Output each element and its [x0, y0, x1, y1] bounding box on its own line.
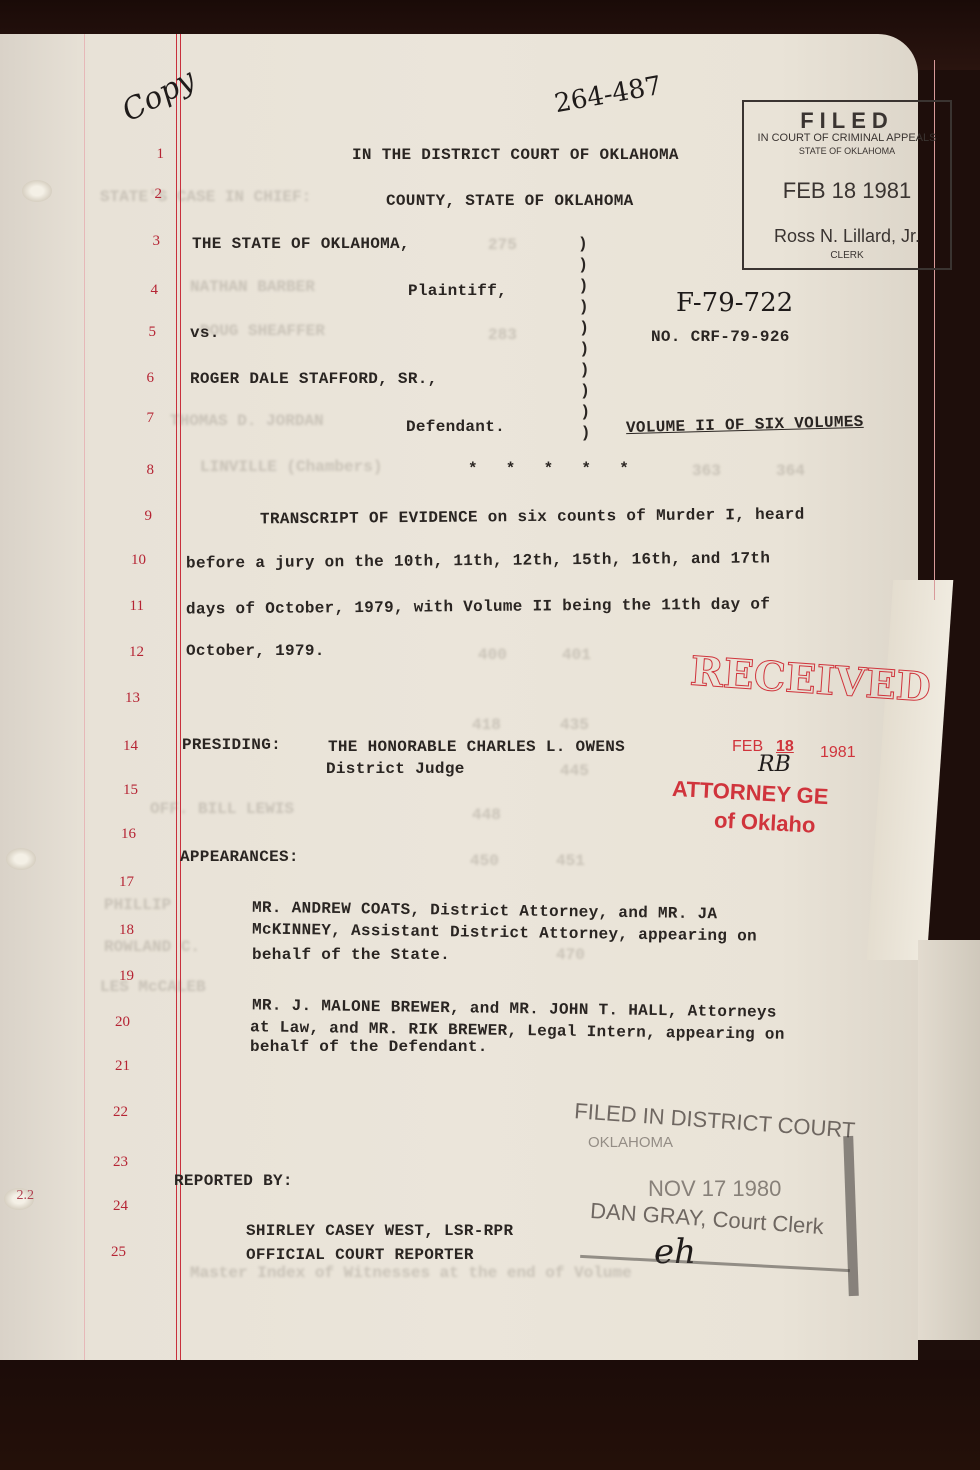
line-number: 21	[90, 1058, 130, 1075]
bleed-through-text: PHILLIP	[104, 896, 171, 914]
received-stamp-year: 1981	[820, 744, 856, 762]
stamp-date: FEB 18 1981	[744, 178, 950, 204]
court-heading-line-1: IN THE DISTRICT COURT OF OKLAHOMA	[352, 146, 679, 164]
judge-title: District Judge	[326, 760, 465, 778]
line-number: 18	[94, 922, 134, 939]
reporter-title: OFFICIAL COURT REPORTER	[246, 1246, 474, 1264]
case-number: NO. CRF-79-926	[651, 328, 790, 346]
appeals-filed-stamp: FILED IN COURT OF CRIMINAL APPEALS STATE…	[742, 100, 952, 270]
transcript-line: October, 1979.	[186, 642, 325, 660]
line-number: 2	[122, 186, 162, 203]
received-initials: RB	[758, 752, 791, 777]
line-number: 17	[94, 874, 134, 891]
caption-bracket: )	[581, 424, 591, 442]
punch-hole	[22, 180, 52, 202]
plaintiff-label: Plaintiff,	[408, 282, 507, 300]
caption-bracket: )	[579, 298, 589, 316]
line-number: 5	[116, 324, 156, 341]
bleed-through-number: 435	[560, 716, 589, 734]
caption-bracket: )	[580, 361, 590, 379]
court-heading-line-2: COUNTY, STATE OF OKLAHOMA	[386, 192, 634, 210]
bleed-through-number: 364	[776, 462, 805, 480]
bleed-through-number: 401	[562, 646, 591, 664]
caption-bracket: )	[580, 403, 590, 421]
stamp-title: FILED	[744, 108, 950, 134]
bleed-through-number: 451	[556, 852, 585, 870]
line-number: 14	[98, 738, 138, 755]
bleed-through-number: 400	[478, 646, 507, 664]
stamp-clerk-title: CLERK	[744, 250, 950, 261]
section-separator: * * * * *	[468, 460, 629, 478]
bleed-through-number: 363	[692, 462, 721, 480]
line-number: 19	[94, 968, 134, 985]
desk-background-bottom	[0, 1360, 980, 1470]
bleed-through-number: 418	[472, 716, 501, 734]
versus-label: vs.	[190, 324, 220, 342]
presiding-label: PRESIDING:	[182, 736, 281, 754]
reporter-name: SHIRLEY CASEY WEST, LSR-RPR	[246, 1222, 513, 1240]
line-number: 10	[106, 552, 146, 569]
line-number: 6	[114, 370, 154, 387]
stamp-court: IN COURT OF CRIMINAL APPEALS	[744, 132, 950, 144]
district-stamp-county: OKLAHOMA	[588, 1134, 673, 1151]
received-stamp-state: of Oklaho	[713, 807, 816, 838]
line-number: 22	[88, 1104, 128, 1121]
bleed-through-number: 448	[472, 806, 501, 824]
line-number: 13	[100, 690, 140, 707]
line-number: 7	[114, 410, 154, 427]
bleed-through-number: 445	[560, 762, 589, 780]
line-number: 20	[90, 1014, 130, 1031]
line-number: 3	[120, 233, 160, 250]
caption-bracket: )	[579, 277, 589, 295]
judge-name: THE HONORABLE CHARLES L. OWENS	[328, 738, 625, 756]
bleed-through-text: THOMAS D. JORDAN	[170, 412, 324, 430]
margin-line-right	[180, 34, 181, 1360]
bleed-through-number: 275	[488, 236, 517, 254]
plaintiff-name: THE STATE OF OKLAHOMA,	[192, 235, 410, 253]
line-number: 15	[98, 782, 138, 799]
caption-bracket: )	[580, 340, 590, 358]
bleed-through-text: OFF. BILL LEWIS	[150, 800, 294, 818]
bleed-through-text: Master Index of Witnesses at the end of …	[190, 1264, 632, 1282]
district-stamp-initials: eh	[654, 1232, 696, 1272]
appearances-label: APPEARANCES:	[180, 848, 299, 866]
defendant-label: Defendant.	[406, 418, 505, 436]
handwritten-case-number: F-79-722	[676, 288, 793, 318]
line-number: 1	[124, 146, 164, 163]
line-number: 12	[104, 644, 144, 661]
bleed-through-number: 450	[470, 852, 499, 870]
bleed-through-text: ROWLAND C.	[104, 938, 200, 956]
reported-by-label: REPORTED BY:	[174, 1172, 293, 1190]
line-number: 25	[86, 1244, 126, 1261]
bleed-through-text: NATHAN BARBER	[190, 278, 315, 296]
caption-bracket: )	[578, 235, 588, 253]
caption-bracket: )	[578, 256, 588, 274]
line-number: 9	[112, 508, 152, 525]
defense-appearance-line: behalf of the Defendant.	[250, 1038, 488, 1056]
margin-line-left	[176, 34, 177, 1360]
bleed-through-number: 470	[556, 946, 585, 964]
underlying-page-edge	[918, 940, 980, 1340]
faint-margin-line	[84, 34, 85, 1360]
caption-bracket: )	[579, 319, 589, 337]
stamp-clerk-name: Ross N. Lillard, Jr.	[744, 226, 950, 247]
defendant-name: ROGER DALE STAFFORD, SR.,	[190, 370, 438, 388]
punch-hole	[6, 848, 36, 870]
stamp-state: STATE OF OKLAHOMA	[744, 146, 950, 156]
margin-note: 2.2	[0, 1188, 34, 1204]
caption-bracket: )	[580, 382, 590, 400]
line-number: 24	[88, 1198, 128, 1215]
district-stamp-date: NOV 17 1980	[648, 1176, 781, 1202]
state-appearance-line: behalf of the State.	[252, 946, 450, 964]
line-number: 11	[104, 598, 144, 615]
bleed-through-number: 283	[488, 326, 517, 344]
line-number: 4	[118, 282, 158, 299]
line-number: 8	[114, 462, 154, 479]
line-number: 16	[96, 826, 136, 843]
bleed-through-text: LINVILLE (Chambers)	[200, 458, 382, 476]
line-number: 23	[88, 1154, 128, 1171]
